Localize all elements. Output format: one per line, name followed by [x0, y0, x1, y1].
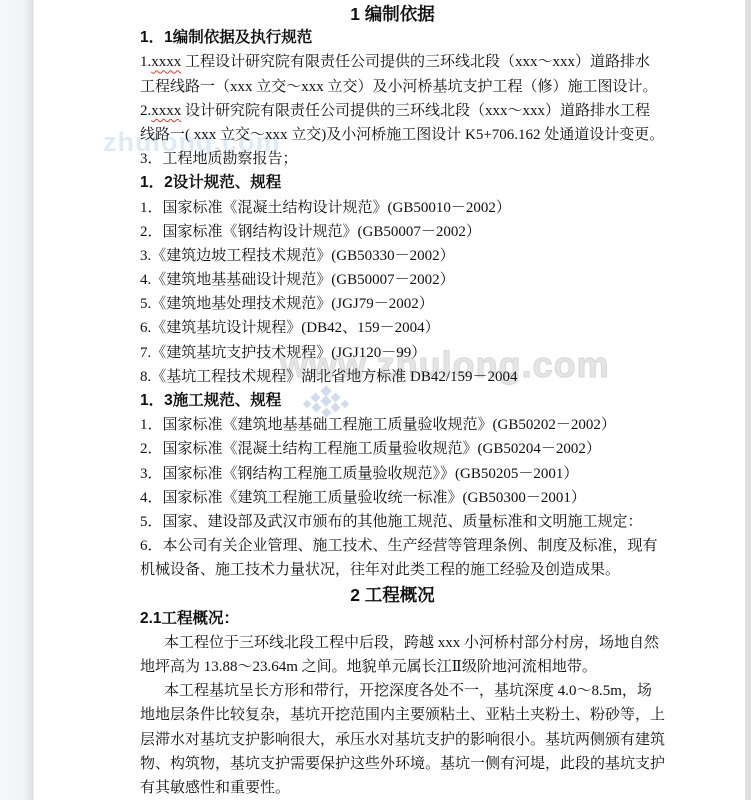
doc-line: 2．国家标准《钢结构设计规范》(GB50007－2002） — [140, 220, 645, 244]
doc-line: 本工程位于三环线北段工程中后段，跨越 xxx 小河桥村部分村房，场地自然 — [140, 631, 645, 655]
doc-line: 4.《建筑地基基础设计规范》(GB50007－2002） — [140, 268, 645, 292]
doc-line: 1．国家标准《建筑地基基础工程施工质量验收规范》(GB50202－2002） — [140, 413, 645, 437]
doc-line: 层滞水对基坑支护影响很大，承压水对基坑支护的影响很小。基坑两侧颁有建筑 — [140, 728, 645, 752]
doc-line: 4．国家标准《建筑工程施工质量验收统一标准》(GB50300－2001） — [140, 486, 645, 510]
list-number: 2. — [140, 103, 151, 119]
chapter-title-2: 2 工程概况 — [140, 583, 645, 607]
heading-2-1: 2.1工程概况： — [140, 607, 645, 631]
list-number: 1. — [140, 54, 151, 70]
document-text: 1 编制依据 1．1编制依据及执行规范 1.xxxx 工程设计研究院有限责任公司… — [140, 0, 645, 800]
doc-line: 机械设备、施工技术力量状况，往年对此类工程的施工经验及创造成果。 — [140, 558, 645, 582]
heading-1-3: 1．3施工规范、规程 — [140, 389, 645, 413]
doc-line: 2．国家标准《混凝土结构工程施工质量验收规范》(GB50204－2002） — [140, 437, 645, 461]
doc-line: 1．国家标准《混凝土结构设计规范》(GB50010－2002） — [140, 196, 645, 220]
doc-line: 地坪高为 13.88～23.64m 之间。地貌单元属长江Ⅱ级阶地河流相地带。 — [140, 655, 645, 679]
doc-line: 6．本公司有关企业管理、施工技术、生产经营等管理条例、制度及标准，现有 — [140, 534, 645, 558]
window-background-right — [745, 0, 751, 800]
window-background-left — [0, 0, 34, 800]
doc-line: 3．国家标准《钢结构工程施工质量验收规范》》(GB50205－2001） — [140, 462, 645, 486]
doc-line: 1.xxxx 工程设计研究院有限责任公司提供的三环线北段（xxx～xxx）道路排… — [140, 50, 645, 74]
doc-line: 地地层条件比较复杂，基坑开挖范围内主要颁粘土、亚粘土夹粉土、粉砂等，上 — [140, 703, 645, 727]
doc-line: 3.《建筑边坡工程技术规范》(GB50330－2002） — [140, 244, 645, 268]
doc-line: 有其敏感性和重要性。 — [140, 776, 645, 800]
doc-line: 工程线路一（xxx 立交～xxx 立交）及小河桥基坑支护工程（修）施工图设计。 — [140, 75, 645, 99]
chapter-title-1: 1 编制依据 — [140, 2, 645, 26]
line-text: 工程设计研究院有限责任公司提供的三环线北段（xxx～xxx）道路排水 — [181, 54, 650, 70]
doc-line: 2.xxxx 设计研究院有限责任公司提供的三环线北段（xxx～xxx）道路排水工… — [140, 99, 645, 123]
doc-line: 3．工程地质勘察报告； — [140, 147, 645, 171]
heading-1-2: 1．2设计规范、规程 — [140, 171, 645, 195]
heading-1-1: 1．1编制依据及执行规范 — [140, 26, 645, 50]
misspelled-word: xxxx — [151, 54, 181, 70]
misspelled-word: xxxx — [151, 103, 181, 119]
doc-line: 5．国家、建设部及武汉市颁布的其他施工规范、质量标准和文明施工规定： — [140, 510, 645, 534]
doc-line: 7.《建筑基坑支护技术规程》(JGJ120－99） — [140, 341, 645, 365]
document-viewer: zhulong.com www.zhulong.com 1 编制依据 1．1编制… — [0, 0, 751, 800]
doc-line: 物、构筑物，基坑支护需要保护这些外环境。基坑一侧有河堤，此段的基坑支护 — [140, 752, 645, 776]
doc-line: 本工程基坑呈长方形和带行，开挖深度各处不一，基坑深度 4.0～8.5m，场 — [140, 679, 645, 703]
doc-line: 6.《建筑基坑设计规程》(DB42、159－2004） — [140, 316, 645, 340]
line-text: 设计研究院有限责任公司提供的三环线北段（xxx～xxx）道路排水工程 — [181, 103, 650, 119]
doc-line: 线路一( xxx 立交～xxx 立交)及小河桥施工图设计 K5+706.162 … — [140, 123, 645, 147]
doc-line: 8.《基坑工程技术规程》湖北省地方标准 DB42/159－2004 — [140, 365, 645, 389]
doc-line: 5.《建筑地基处理技术规范》(JGJ79－2002） — [140, 292, 645, 316]
